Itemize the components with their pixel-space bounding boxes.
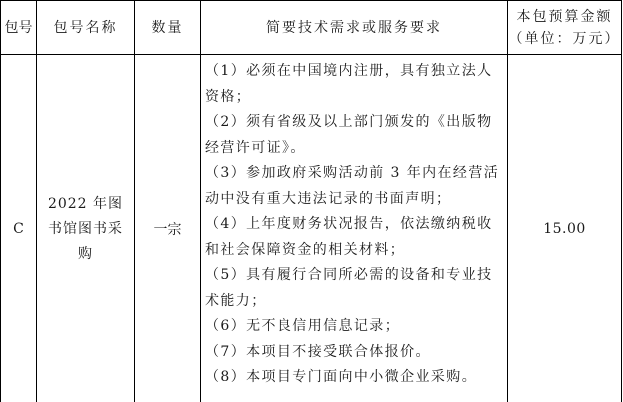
header-budget: 本包预算金额 （单位：万元） xyxy=(508,1,622,55)
header-budget-line1: 本包预算金额 xyxy=(508,6,621,28)
procurement-table: 包号 包号名称 数量 简要技术需求或服务要求 本包预算金额 （单位：万元） C … xyxy=(0,0,622,402)
cell-requirements: （1）必须在中国境内注册，具有独立法人资格； （2）须有省级及以上部门颁发的《出… xyxy=(201,55,508,402)
cell-quantity: 一宗 xyxy=(135,55,201,402)
cell-budget: 15.00 xyxy=(508,55,622,402)
header-quantity: 数量 xyxy=(135,1,201,55)
requirement-item: （2）须有省级及以上部门颁发的《出版物经营许可证》。 xyxy=(205,110,505,161)
header-requirements: 简要技术需求或服务要求 xyxy=(201,1,508,55)
requirement-item: （7）本项目不接受联合体报价。 xyxy=(205,340,505,366)
header-row: 包号 包号名称 数量 简要技术需求或服务要求 本包预算金额 （单位：万元） xyxy=(1,1,622,55)
cell-package-no: C xyxy=(1,55,37,402)
requirement-item: （5）具有履行合同所必需的设备和专业技术能力； xyxy=(205,263,505,314)
header-budget-line2: （单位：万元） xyxy=(508,28,621,50)
header-package-no: 包号 xyxy=(1,1,37,55)
table-row: C 2022 年图书馆图书采购 一宗 （1）必须在中国境内注册，具有独立法人资格… xyxy=(1,55,622,402)
requirement-item: （3）参加政府采购活动前 3 年内在经营活动中没有重大违法记录的书面声明； xyxy=(205,161,505,212)
requirement-item: （4）上年度财务状况报告，依法缴纳税收和社会保障资金的相关材料； xyxy=(205,212,505,263)
requirement-item: （1）必须在中国境内注册，具有独立法人资格； xyxy=(205,59,505,110)
header-package-name: 包号名称 xyxy=(37,1,135,55)
cell-package-name: 2022 年图书馆图书采购 xyxy=(37,55,135,402)
requirement-item: （8）本项目专门面向中小微企业采购。 xyxy=(205,365,505,391)
requirement-item: （6）无不良信用信息记录； xyxy=(205,314,505,340)
